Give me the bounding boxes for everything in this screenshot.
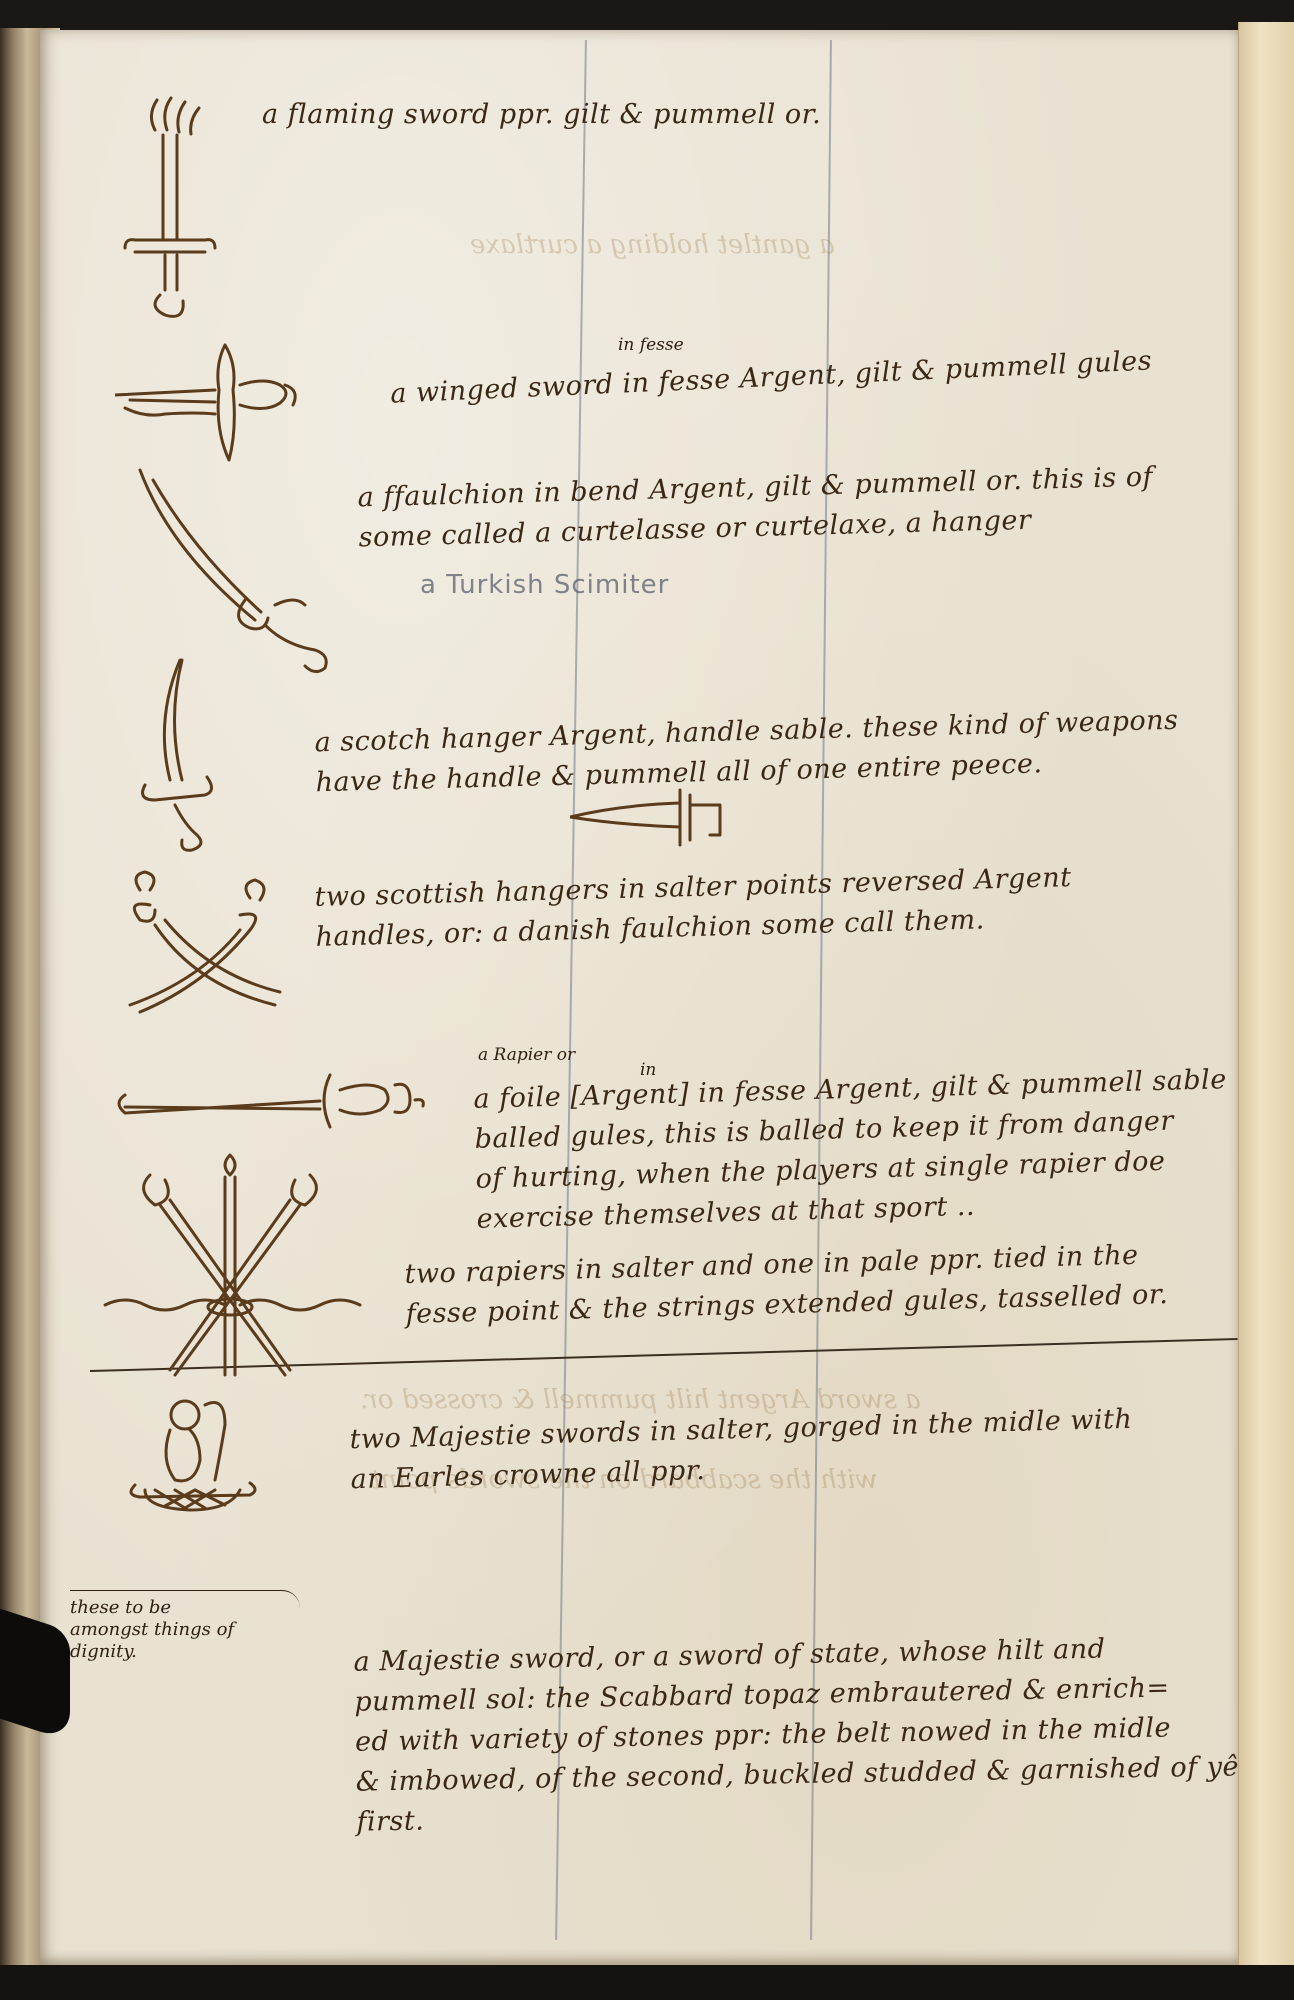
scotch-hanger-sketch [120, 655, 240, 855]
adjacent-page-edge [1238, 22, 1294, 1972]
entry-flaming-sword: a flaming sword ppr. gilt & pummell or. [262, 95, 821, 135]
background-bottom [0, 1965, 1294, 2000]
insertion-note: in fesse [618, 335, 684, 355]
margin-note-line: these to be [70, 1597, 300, 1619]
margin-note: these to be amongst things of dignity. [70, 1590, 300, 1663]
three-rapiers-sketch [100, 1145, 380, 1385]
margin-note-line: amongst things of [70, 1619, 300, 1641]
crowned-swords-sketch [125, 1390, 265, 1520]
faulchion-sketch [135, 465, 365, 685]
flaming-sword-sketch [115, 90, 245, 330]
entry-foil: a foile [Argent] in fesse Argent, gilt &… [473, 1060, 1230, 1240]
winged-sword-sketch [115, 340, 345, 470]
hanger-dagger-sketch [570, 785, 730, 855]
margin-note-line: dignity. [70, 1641, 300, 1663]
entry-line: a flaming sword ppr. gilt & pummell or. [262, 95, 821, 135]
pencil-annotation: a Turkish Scimiter [420, 570, 669, 600]
bleed-through-text: a gantlet holding a curtlaxe [470, 230, 835, 260]
crossed-hangers-sketch [120, 870, 290, 1020]
foil-sketch [110, 1065, 440, 1135]
entry-majestic-sword: a Majestie sword, or a sword of state, w… [353, 1627, 1240, 1842]
insertion-note: a Rapier or [478, 1045, 575, 1065]
